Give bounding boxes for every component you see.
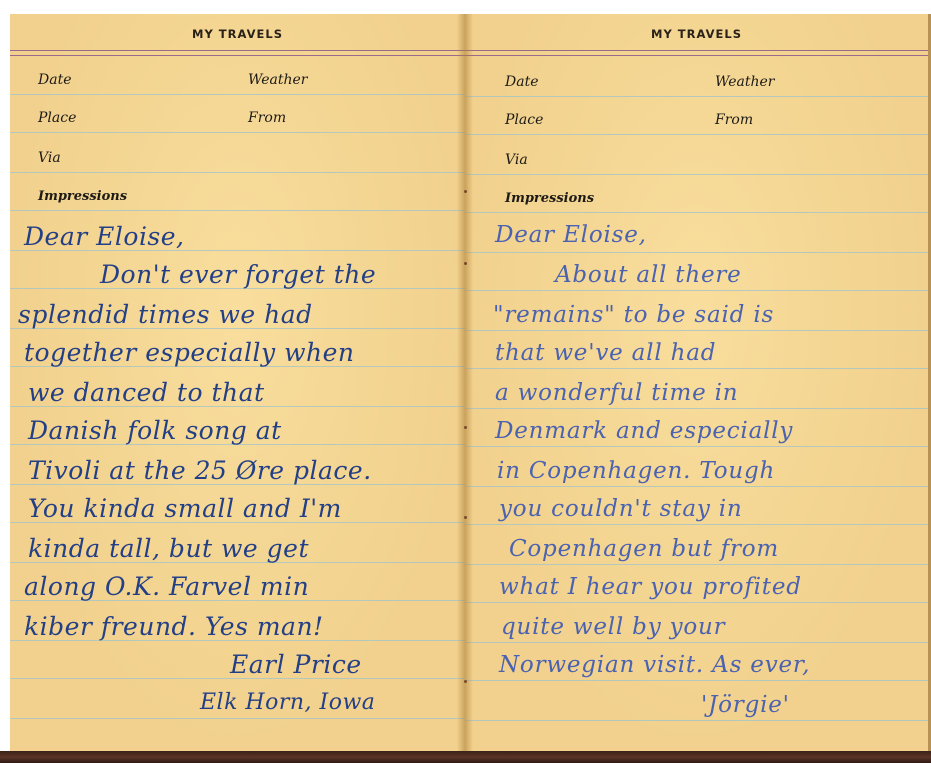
- letter-line: what I hear you profited: [499, 574, 802, 600]
- from-label: From: [715, 112, 753, 128]
- letter-line: Norwegian visit. As ever,: [499, 652, 810, 678]
- right-page: MY TRAVELS Date Weather Place From Via I…: [465, 14, 931, 751]
- ruled-line: [465, 486, 928, 487]
- letter-line: "remains" to be said is: [493, 302, 774, 328]
- letter-line: Denmark and especially: [495, 418, 793, 444]
- letter-line: together especially when: [24, 338, 355, 367]
- weather-label: Weather: [715, 74, 775, 90]
- header-double-rule: [10, 50, 465, 56]
- place-label: Place: [505, 112, 543, 128]
- letter-line: Don't ever forget the: [100, 260, 376, 289]
- from-label: From: [248, 110, 286, 126]
- ruled-line: [465, 524, 928, 525]
- letter-line: that we've all had: [495, 340, 716, 366]
- letter-line: kinda tall, but we get: [28, 534, 309, 563]
- ruled-line: [465, 290, 928, 291]
- place-label: Place: [38, 110, 76, 126]
- header-double-rule: [465, 50, 928, 56]
- letter-signature-location: Elk Horn, Iowa: [200, 690, 375, 715]
- via-label: Via: [38, 150, 61, 166]
- binding-stitch: [464, 262, 467, 265]
- binding-stitch: [464, 190, 467, 193]
- letter-signature: 'Jörgie': [701, 692, 790, 718]
- ruled-line: [465, 564, 928, 565]
- ruled-line: [465, 680, 928, 681]
- ruled-line: [10, 210, 465, 211]
- page-header: MY TRAVELS: [465, 14, 928, 50]
- date-label: Date: [505, 74, 538, 90]
- via-label: Via: [505, 152, 528, 168]
- letter-greeting: Dear Eloise,: [24, 222, 185, 251]
- letter-line: Tivoli at the 25 Øre place.: [28, 456, 372, 485]
- weather-label: Weather: [248, 72, 308, 88]
- letter-line: you couldn't stay in: [499, 496, 743, 522]
- book-cover-edge: [0, 751, 931, 763]
- open-travel-journal: MY TRAVELS Date Weather Place From Via I…: [10, 14, 931, 751]
- letter-line: we danced to that: [28, 378, 265, 407]
- letter-line: Copenhagen but from: [509, 536, 779, 562]
- ruled-line: [465, 642, 928, 643]
- letter-line: splendid times we had: [18, 300, 313, 329]
- ruled-line: [465, 446, 928, 447]
- letter-line: kiber freund. Yes man!: [24, 612, 324, 641]
- ruled-line: [465, 330, 928, 331]
- letter-line: along O.K. Farvel min: [24, 572, 309, 601]
- date-label: Date: [38, 72, 71, 88]
- left-page: MY TRAVELS Date Weather Place From Via I…: [10, 14, 465, 751]
- ruled-line: [465, 252, 928, 253]
- ruled-line: [465, 368, 928, 369]
- ruled-line: [10, 94, 465, 95]
- ruled-line: [465, 174, 928, 175]
- ruled-line: [465, 602, 928, 603]
- binding-stitch: [464, 516, 467, 519]
- page-header: MY TRAVELS: [10, 14, 465, 50]
- letter-line: You kinda small and I'm: [28, 494, 342, 523]
- letter-line: quite well by your: [501, 614, 725, 640]
- ruled-line: [465, 212, 928, 213]
- letter-line: a wonderful time in: [495, 380, 738, 406]
- letter-line: in Copenhagen. Tough: [497, 458, 775, 484]
- ruled-line: [465, 720, 928, 721]
- ruled-line: [10, 172, 465, 173]
- ruled-line: [10, 132, 465, 133]
- binding-stitch: [464, 680, 467, 683]
- letter-line: Danish folk song at: [28, 416, 282, 445]
- ruled-line: [10, 718, 465, 719]
- ruled-line: [465, 408, 928, 409]
- letter-signature: Earl Price: [230, 650, 362, 679]
- binding-stitch: [464, 426, 467, 429]
- ruled-line: [465, 96, 928, 97]
- letter-line: About all there: [555, 262, 742, 288]
- letter-greeting: Dear Eloise,: [495, 222, 647, 248]
- impressions-label: Impressions: [38, 189, 127, 204]
- ruled-line: [465, 134, 928, 135]
- impressions-label: Impressions: [505, 191, 594, 206]
